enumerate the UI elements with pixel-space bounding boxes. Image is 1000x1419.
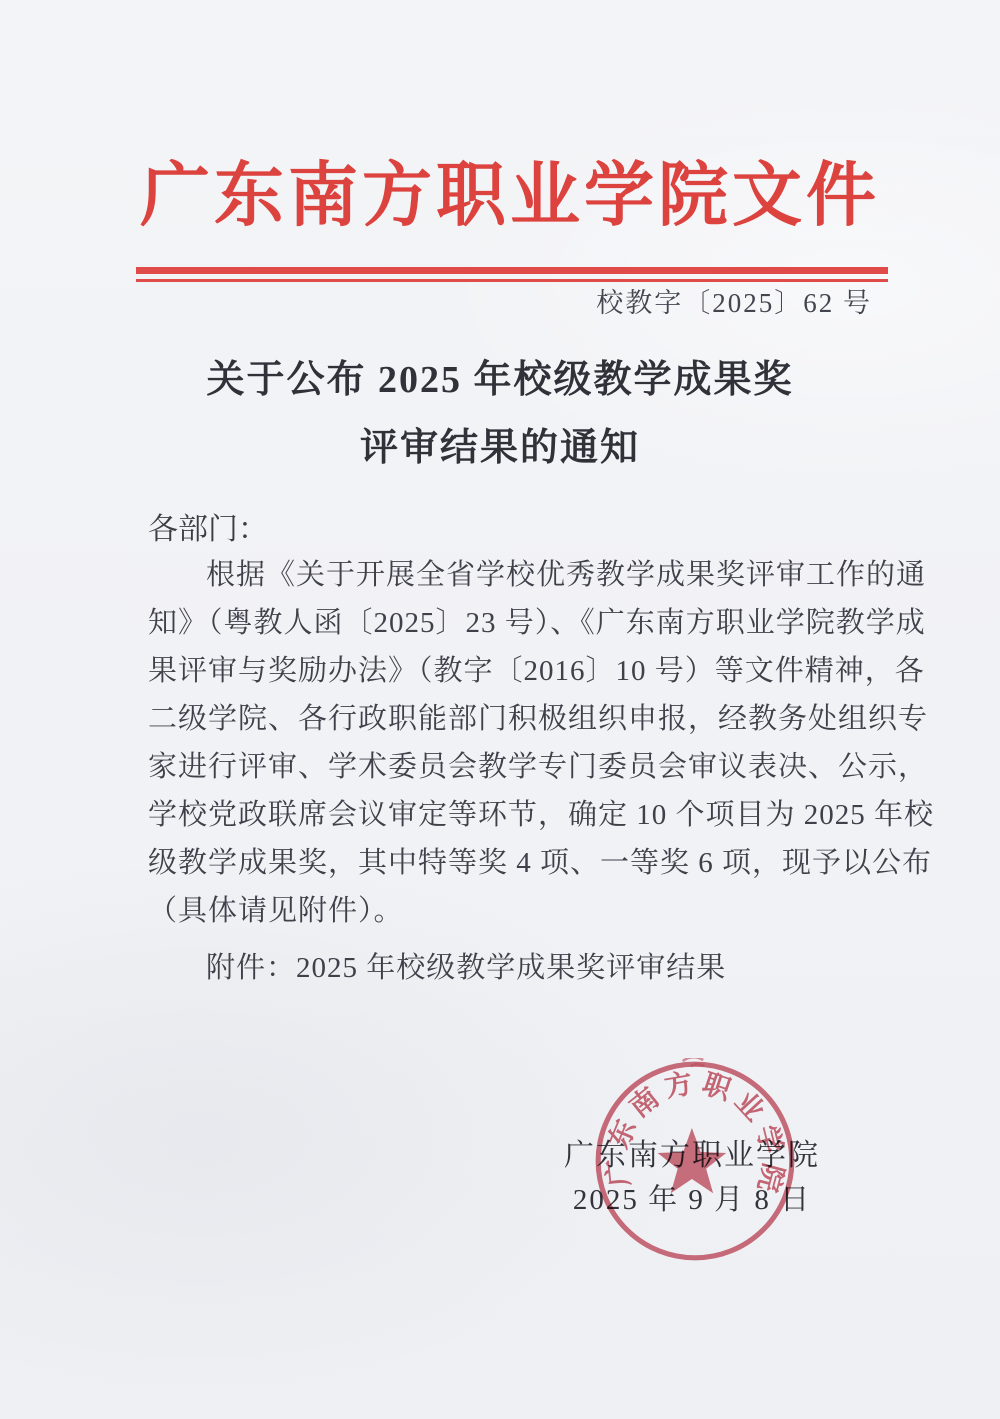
salutation: 各部门： [148,504,268,548]
document-number: 校教字〔2025〕62 号 [596,281,872,320]
divider-thick-line [136,267,888,274]
body-line: 学校党政联席会议审定等环节，确定 10 个项目为 2025 年校 [148,791,884,839]
document-title: 关于公布 2025 年校级教学成果奖 评审结果的通知 [0,346,1000,482]
body-line: 级教学成果奖，其中特等奖 4 项、一等奖 6 项，现予以公布 [148,839,884,887]
body-line: 知》（粤教人函〔2025〕23 号）、《广东南方职业学院教学成 [148,599,884,647]
body-line: （具体请见附件）。 [148,887,884,935]
body-line: 根据《关于开展全省学校优秀教学成果奖评审工作的通 [148,551,884,599]
document-title-line1: 关于公布 2025 年校级教学成果奖 [0,346,1000,414]
seal-star-icon [658,1128,727,1193]
body-line: 果评审与奖励办法》（教字〔2016〕10 号）等文件精神，各 [148,647,884,695]
body-paragraph: 根据《关于开展全省学校优秀教学成果奖评审工作的通知》（粤教人函〔2025〕23 … [148,551,884,935]
official-seal: 广东南方职业学院 [592,1058,798,1264]
body-line: 家进行评审、学术委员会教学专门委员会审议表决、公示， [148,743,884,791]
letterhead-title: 广东南方职业学院文件 [120,146,900,248]
header-divider [136,267,888,282]
document-title-line2: 评审结果的通知 [0,414,1000,482]
attachment-line: 附件：2025 年校级教学成果奖评审结果 [148,946,884,990]
body-line: 二级学院、各行政职能部门积极组织申报，经教务处组织专 [148,695,884,743]
seal-graphic: 广东南方职业学院 [592,1058,798,1264]
